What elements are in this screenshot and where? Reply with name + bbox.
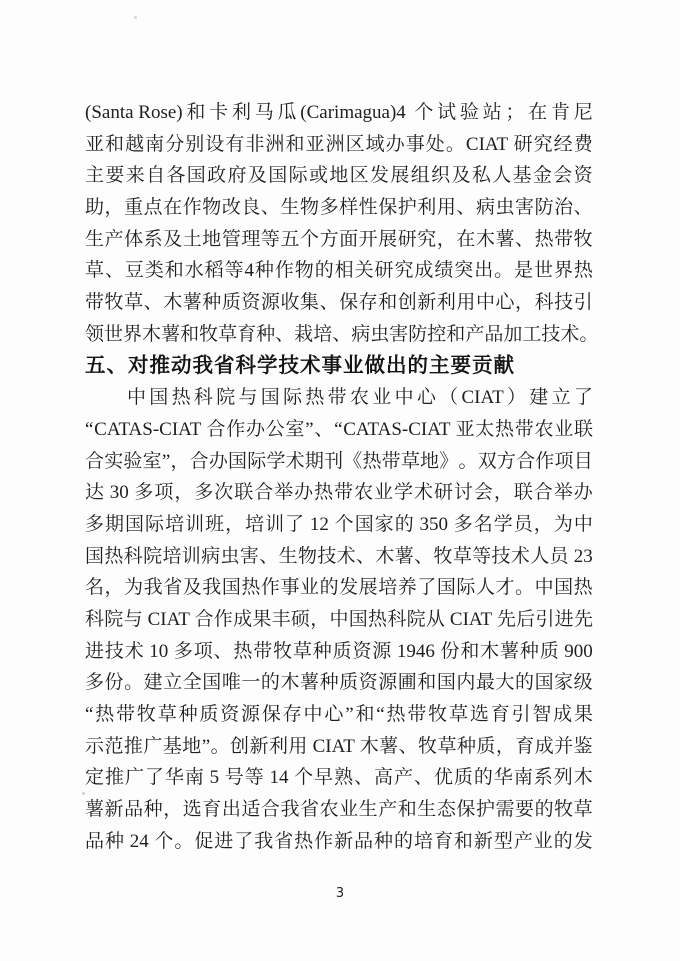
text-line: 多期国际培训班，培训了 12 个国家的 350 多名学员，为中 [85,509,593,541]
text-line: (Santa Rose)和卡利马瓜(Carimagua)4 个试验站；在肯尼 [85,97,593,129]
text-line: 定推广了华南 5 号等 14 个早熟、高产、优质的华南系列木 [85,762,593,794]
document-page: (Santa Rose)和卡利马瓜(Carimagua)4 个试验站；在肯尼亚和… [0,0,680,961]
scan-speck [134,16,137,19]
text-line: 科院与 CIAT 合作成果丰硕，中国热科院从 CIAT 先后引进先 [85,604,593,636]
text-line: 亚和越南分别设有非洲和亚洲区域办事处。CIAT 研究经费 [85,129,593,161]
text-line: 品种 24 个。促进了我省热作新品种的培育和新型产业的发 [85,826,593,858]
text-line: “热带牧草种质资源保存中心”和“热带牧草选育引智成果 [85,699,593,731]
text-line: 中国热科院与国际热带农业中心（CIAT）建立了 [85,382,593,414]
text-line: 合实验室”，合办国际学术期刊《热带草地》。双方合作项目 [85,446,593,478]
text-line: 示范推广基地”。创新利用 CIAT 木薯、牧草种质，育成并鉴 [85,731,593,763]
text-line: 达 30 多项，多次联合举办热带农业学术研讨会，联合举办 [85,477,593,509]
text-line: 草、豆类和水稻等4种作物的相关研究成绩突出。是世界热 [85,255,593,287]
section-heading: 五、对推动我省科学技术事业做出的主要贡献 [85,351,593,383]
text-line: “CATAS-CIAT 合作办公室”、“CATAS-CIAT 亚太热带农业联 [85,414,593,446]
text-line: 薯新品种，选育出适合我省农业生产和生态保护需要的牧草 [85,794,593,826]
text-line: 助，重点在作物改良、生物多样性保护利用、病虫害防治、 [85,192,593,224]
page-number: 3 [0,886,680,901]
text-line: 带牧草、木薯种质资源收集、保存和创新利用中心，科技引 [85,287,593,319]
text-line: 多份。建立全国唯一的木薯种质资源圃和国内最大的国家级 [85,667,593,699]
text-line: 主要来自各国政府及国际或地区发展组织及私人基金会资 [85,160,593,192]
text-line: 名，为我省及我国热作事业的发展培养了国际人才。中国热 [85,572,593,604]
document-body: (Santa Rose)和卡利马瓜(Carimagua)4 个试验站；在肯尼亚和… [85,97,593,858]
text-line: 进技术 10 多项、热带牧草种质资源 1946 份和木薯种质 900 [85,636,593,668]
text-line: 生产体系及土地管理等五个方面开展研究，在木薯、热带牧 [85,224,593,256]
text-line: 领世界木薯和牧草育种、栽培、病虫害防控和产品加工技术。 [85,319,593,351]
text-line: 国热科院培训病虫害、生物技术、木薯、牧草等技术人员 23 [85,541,593,573]
